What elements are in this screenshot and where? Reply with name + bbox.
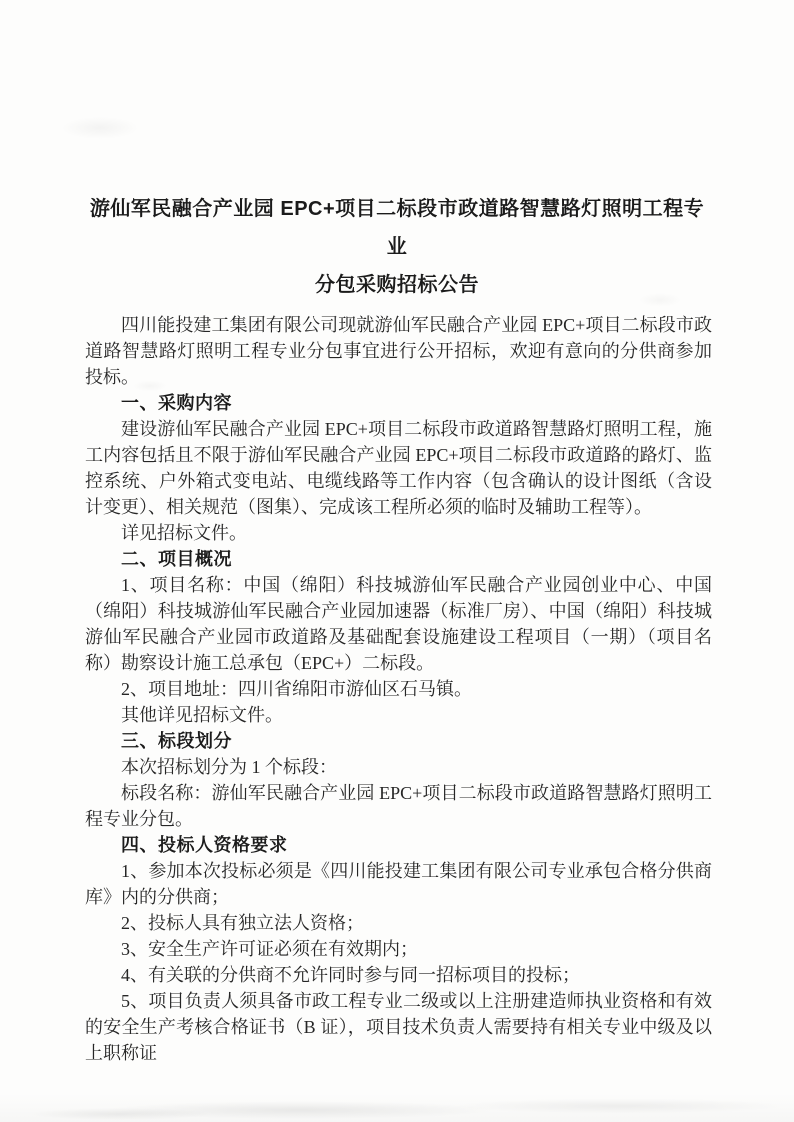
- document-title-line-2: 分包采购招标公告: [80, 266, 714, 304]
- section-heading: 三、标段划分: [85, 728, 712, 754]
- paragraph: 5、项目负责人须具备市政工程专业二级或以上注册建造师执业资格和有效的安全生产考核…: [85, 988, 712, 1066]
- paragraph: 详见招标文件。: [85, 520, 712, 546]
- paragraph: 4、有关联的分供商不允许同时参与同一招标项目的投标；: [85, 962, 712, 988]
- document-body: 四川能投建工集团有限公司现就游仙军民融合产业园 EPC+项目二标段市政道路智慧路…: [0, 312, 794, 1066]
- paragraph: 本次招标划分为 1 个标段：: [85, 754, 712, 780]
- paragraph: 其他详见招标文件。: [85, 702, 712, 728]
- paragraph: 3、安全生产许可证必须在有效期内；: [85, 936, 712, 962]
- paragraph: 2、投标人具有独立法人资格；: [85, 910, 712, 936]
- document-title-line-1: 游仙军民融合产业园 EPC+项目二标段市政道路智慧路灯照明工程专业: [80, 190, 714, 266]
- paragraph: 1、参加本次投标必须是《四川能投建工集团有限公司专业承包合格分供商库》内的分供商…: [85, 858, 712, 910]
- document-title: 游仙军民融合产业园 EPC+项目二标段市政道路智慧路灯照明工程专业 分包采购招标…: [0, 0, 794, 304]
- paragraph: 1、项目名称：中国（绵阳）科技城游仙军民融合产业园创业中心、中国（绵阳）科技城游…: [85, 572, 712, 676]
- section-heading: 二、项目概况: [85, 546, 712, 572]
- section-heading: 四、投标人资格要求: [85, 832, 712, 858]
- paragraph: 标段名称：游仙军民融合产业园 EPC+项目二标段市政道路智慧路灯照明工程专业分包…: [85, 780, 712, 832]
- paragraph: 2、项目地址：四川省绵阳市游仙区石马镇。: [85, 676, 712, 702]
- document-page: 游仙军民融合产业园 EPC+项目二标段市政道路智慧路灯照明工程专业 分包采购招标…: [0, 0, 794, 1122]
- paragraph: 四川能投建工集团有限公司现就游仙军民融合产业园 EPC+项目二标段市政道路智慧路…: [85, 312, 712, 390]
- section-heading: 一、采购内容: [85, 390, 712, 416]
- paragraph: 建设游仙军民融合产业园 EPC+项目二标段市政道路智慧路灯照明工程，施工内容包括…: [85, 416, 712, 520]
